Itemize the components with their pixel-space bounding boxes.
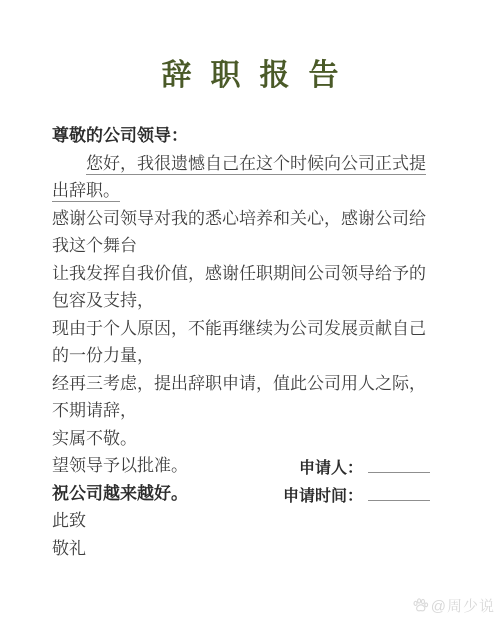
body-line: 经再三考虑，提出辞职申请，值此公司用人之际，不期请辞， <box>52 370 438 425</box>
watermark: @周少说 <box>412 595 495 616</box>
salute-line-jingli: 敬礼 <box>52 535 438 563</box>
paw-icon <box>412 597 429 614</box>
body-line: 感谢公司领导对我的悉心培养和关心，感谢公司给我这个舞台 <box>52 205 438 260</box>
application-date-row: 申请时间： <box>283 483 430 511</box>
document-title: 辞职报告 <box>0 50 500 94</box>
body-line: 让我发挥自我价值，感谢任职期间公司领导给予的包容及支持， <box>52 260 438 315</box>
signature-block: 申请人： 申请时间： <box>283 455 430 511</box>
body-line: 实属不敬。 <box>52 425 438 453</box>
application-date-blank-line <box>368 487 430 501</box>
greeting-line: 尊敬的公司领导： <box>52 122 438 150</box>
watermark-text: @周少说 <box>431 595 495 616</box>
applicant-label: 申请人： <box>299 455 363 483</box>
opening-line: 您好，我很遗憾自己在这个时候向公司正式提出辞职。 <box>52 150 438 205</box>
applicant-blank-line <box>368 459 430 473</box>
resignation-letter-page: 辞职报告 尊敬的公司领导： 您好，我很遗憾自己在这个时候向公司正式提出辞职。 感… <box>0 0 500 624</box>
salute-line-cizhi: 此致 <box>52 507 438 535</box>
application-date-label: 申请时间： <box>283 483 363 511</box>
body-line: 现由于个人原因，不能再继续为公司发展贡献自己的一份力量， <box>52 315 438 370</box>
opening-line-underlined-text: 您好，我很遗憾自己在这个时候向公司正式提出辞职。 <box>52 154 426 203</box>
applicant-row: 申请人： <box>283 455 430 483</box>
